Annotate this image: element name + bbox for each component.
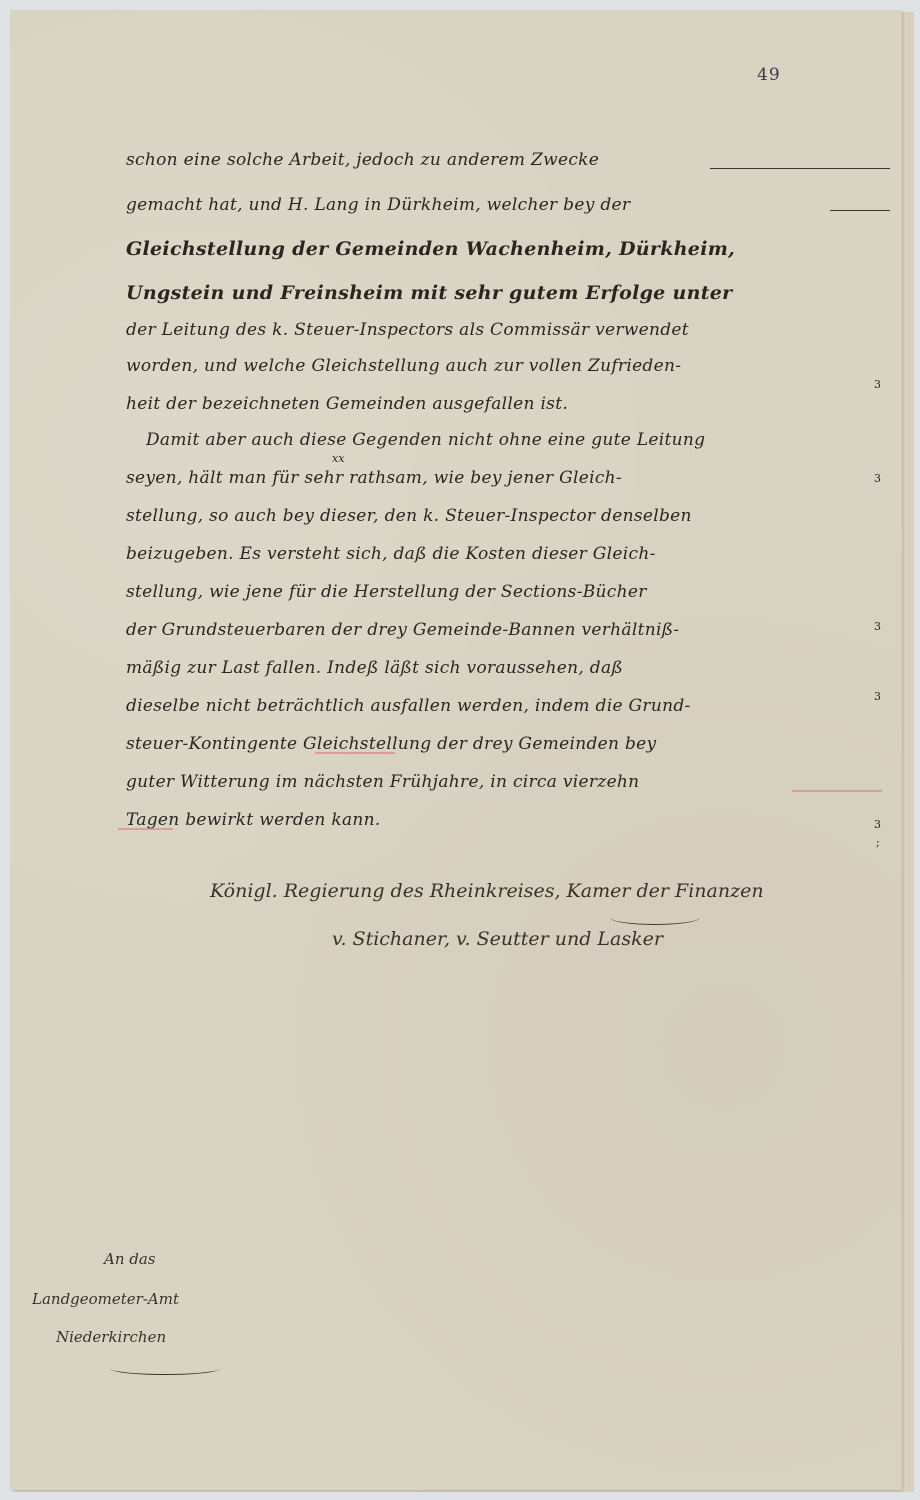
body-line: stellung, so auch bey dieser, den k. Ste… [126,506,836,526]
body-line: stellung, wie jene für die Herstellung d… [126,582,836,602]
body-line: dieselbe nicht beträchtlich ausfallen we… [126,696,836,716]
body-line: Ungstein und Freinsheim mit sehr gutem E… [126,282,836,304]
line-filler-rule [710,168,890,169]
body-line: guter Witterung im nächsten Frühjahre, i… [126,772,836,792]
body-line: Damit aber auch diese Gegenden nicht ohn… [146,430,856,450]
interlinear-insertion: xx [332,452,344,465]
margin-mark: 3 [874,620,881,633]
margin-mark: 3 [874,472,881,485]
body-line: schon eine solche Arbeit, jedoch zu ande… [126,150,836,170]
body-line: mäßig zur Last fallen. Indeß läßt sich v… [126,658,836,678]
signature-authority: Königl. Regierung des Rheinkreises, Kame… [210,880,764,902]
body-line: steuer-Kontingente Gleichstellung der dr… [126,734,836,754]
body-line: heit der bezeichneten Gemeinden ausgefal… [126,394,836,414]
body-line: worden, und welche Gleichstellung auch z… [126,356,836,376]
address-line: Landgeometer-Amt [32,1290,179,1308]
address-flourish [110,1362,220,1375]
address-line: Niederkirchen [56,1328,166,1346]
document-page: 49 schon eine solche Arbeit, jedoch zu a… [10,10,902,1490]
body-line: der Leitung des k. Steuer-Inspectors als… [126,320,836,340]
red-pencil-underline [118,828,173,830]
signature-names: v. Stichaner, v. Seutter und Lasker [332,928,663,950]
body-line: Tagen bewirkt werden kann. [126,810,836,830]
margin-mark: 3 [874,378,881,391]
red-pencil-underline [792,790,882,792]
margin-mark: 3 [874,690,881,703]
body-line: beizugeben. Es versteht sich, daß die Ko… [126,544,836,564]
address-line: An das [104,1250,156,1268]
red-pencil-underline [315,752,395,754]
page-number: 49 [757,65,781,85]
margin-mark: 3 [874,818,881,831]
margin-mark: ; [876,836,880,849]
body-line: seyen, hält man für sehr rathsam, wie be… [126,468,836,488]
body-line: Gleichstellung der Gemeinden Wachenheim,… [126,238,836,260]
body-line: gemacht hat, und H. Lang in Dürkheim, we… [126,195,836,215]
line-filler-rule [830,210,890,211]
body-line: der Grundsteuerbaren der drey Gemeinde-B… [126,620,836,640]
signature-flourish [610,910,700,925]
